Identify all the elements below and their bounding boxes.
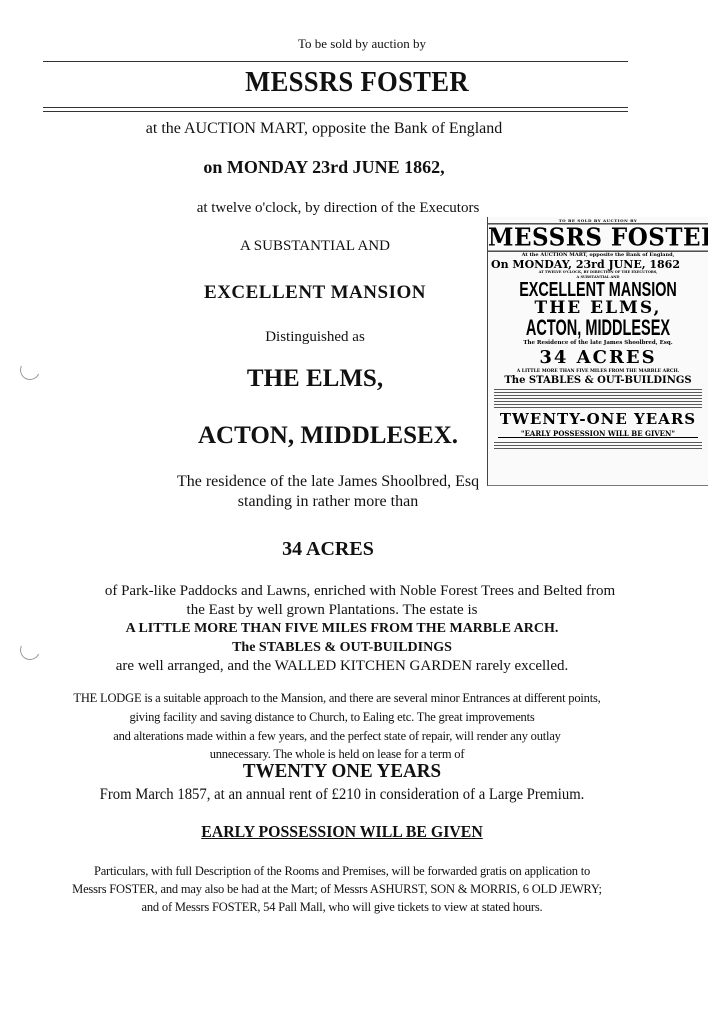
clipping-particulars-text [494,441,702,451]
property-name: THE ELMS, [85,365,545,393]
venue-text: at the AUCTION MART, opposite the Bank o… [0,120,686,138]
description-line-5: are well arranged, and the WALLED KITCHE… [0,658,704,675]
particulars-line-2: Messrs FOSTER, and may also be had at th… [0,882,699,897]
clipping-auctioneer: MESSRS FOSTER [488,223,708,251]
time-direction: at twelve o'clock, by direction of the E… [0,200,700,217]
punch-hole-mark [17,357,43,383]
possession-heading: EARLY POSSESSION WILL BE GIVEN [5,822,678,842]
distinguished-text: Distinguished as [85,329,545,346]
clipping-mansion: EXCELLENT MANSION [490,280,706,300]
clipping-stables: The STABLES & OUT-BUILDINGS [488,376,708,386]
lease-term: TWENTY ONE YEARS [0,760,686,783]
description-line-4: The STABLES & OUT-BUILDINGS [0,640,704,656]
intro-text: To be sold by auction by [0,36,724,52]
acreage: 34 ACRES [98,538,558,561]
clipping-possession: "EARLY POSSESSION WILL BE GIVEN" [498,430,698,438]
substantial-text: A SUBSTANTIAL AND [85,238,545,255]
double-rule [43,107,628,112]
particulars-line-1: Particulars, with full Description of th… [0,864,704,879]
particulars-line-3: and of Messrs FOSTER, 54 Pall Mall, who … [0,900,704,915]
auction-date: on MONDAY 23rd JUNE 1862, [0,157,686,178]
lodge-line-3: and alterations made within a few years,… [0,729,699,744]
clipping-date: On MONDAY, 23rd JUNE, 1862 [488,259,708,270]
residence-line-2: standing in rather more than [98,493,558,511]
clipping-residence: The Residence of the late James Shoolbre… [488,341,708,347]
clipping-location: ACTON, MIDDLESEX [492,317,703,339]
clipping-distance: A LITTLE MORE THAN FIVE MILES FROM THE M… [488,370,708,375]
description-line-2: the East by well grown Plantations. The … [0,602,694,619]
description-line-3: A LITTLE MORE THAN FIVE MILES FROM THE M… [0,621,704,637]
clipping-acres: 34 ACRES [488,349,708,367]
clipping-time: AT TWELVE O'CLOCK, BY DIRECTION OF THE E… [488,271,708,275]
lodge-line-2: giving facility and saving distance to C… [0,710,694,725]
clipping-body-text [494,388,702,410]
newspaper-clipping-image: TO BE SOLD BY AUCTION BY MESSRS FOSTER A… [487,217,708,486]
mansion-heading: EXCELLENT MANSION [85,282,545,304]
top-rule [43,61,628,62]
lodge-line-1: THE LODGE is a suitable approach to the … [0,691,699,706]
auctioneer-title: MESSRS FOSTER [24,66,690,99]
rent-text: From March 1857, at an annual rent of £2… [0,786,686,804]
description-line-1: of Park-like Paddocks and Lawns, enriche… [0,583,722,600]
clipping-term: TWENTY-ONE YEARS [488,412,708,427]
